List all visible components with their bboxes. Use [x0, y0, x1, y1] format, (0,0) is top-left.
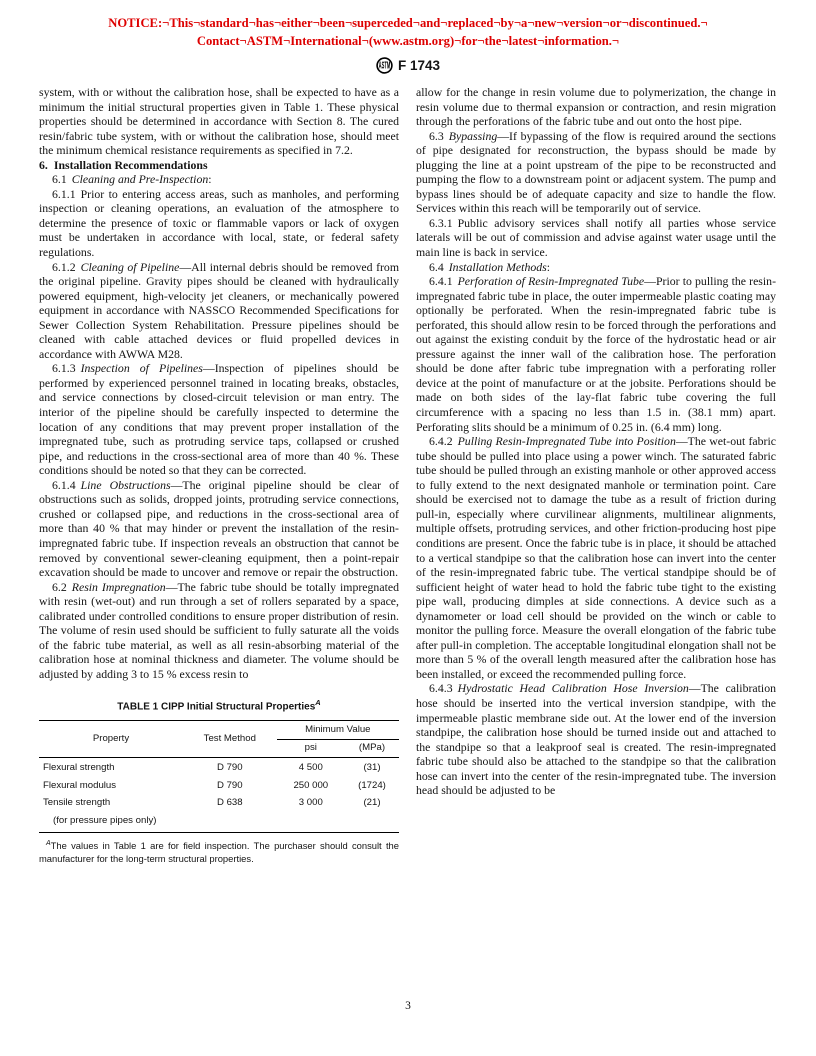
paragraph-6-4-2: 6.4.2Pulling Resin-Impregnated Tube into…	[416, 434, 776, 681]
document-header: ASTM F 1743	[0, 57, 816, 74]
right-column: allow for the change in resin volume due…	[416, 85, 776, 865]
paragraph-6-4-3: 6.4.3Hydrostatic Head Calibration Hose I…	[416, 681, 776, 797]
document-page: NOTICE:¬This¬standard¬has¬either¬been¬su…	[0, 0, 816, 1056]
notice-line-2: Contact¬ASTM¬International¬(www.astm.org…	[0, 33, 816, 51]
table-footnote: AThe values in Table 1 are for field ins…	[39, 838, 399, 865]
table-footnote-ref: A	[315, 698, 320, 707]
paragraph-6-4: 6.4Installation Methods:	[416, 260, 776, 275]
paragraph-6-1-2: 6.1.2Cleaning of Pipeline—All internal d…	[39, 260, 399, 362]
table-row: (for pressure pipes only)	[39, 813, 399, 833]
paragraph-6-4-1: 6.4.1Perforation of Resin-Impregnated Tu…	[416, 274, 776, 434]
col-header-property: Property	[39, 721, 183, 758]
paragraph-6-1-4: 6.1.4Line Obstructions—The original pipe…	[39, 478, 399, 580]
page-number: 3	[39, 1000, 777, 1012]
document-number: F 1743	[398, 58, 440, 73]
table-row: Flexural strength D 790 4 500 (31)	[39, 758, 399, 778]
table-title: TABLE 1 CIPP Initial Structural Properti…	[39, 696, 399, 715]
paragraph-continuation: system, with or without the calibration …	[39, 85, 399, 158]
table-1: Property Test Method Minimum Value psi (…	[39, 720, 399, 833]
section-number: 6.	[39, 158, 48, 172]
table-1-block: TABLE 1 CIPP Initial Structural Properti…	[39, 696, 399, 864]
col-header-psi: psi	[277, 739, 345, 758]
table-row: Flexural modulus D 790 250 000 (1724)	[39, 777, 399, 795]
table-row: Tensile strength D 638 3 000 (21)	[39, 795, 399, 813]
paragraph-6-1: 6.1Cleaning and Pre-Inspection:	[39, 172, 399, 187]
section-title: Installation Recommendations	[54, 158, 208, 172]
two-column-body: system, with or without the calibration …	[0, 85, 816, 865]
paragraph-6-3-1: 6.3.1Public advisory services shall noti…	[416, 216, 776, 260]
supersession-notice: NOTICE:¬This¬standard¬has¬either¬been¬su…	[0, 0, 816, 50]
notice-line-1: NOTICE:¬This¬standard¬has¬either¬been¬su…	[0, 15, 816, 33]
svg-text:ASTM: ASTM	[379, 59, 391, 71]
col-header-minimum-value: Minimum Value	[277, 721, 399, 740]
section-heading-6: 6.Installation Recommendations	[39, 158, 399, 173]
paragraph-6-2: 6.2Resin Impregnation—The fabric tube sh…	[39, 580, 399, 682]
astm-logo-icon: ASTM	[376, 57, 393, 74]
col-header-mpa: (MPa)	[345, 739, 399, 758]
paragraph-6-3: 6.3Bypassing—If bypassing of the flow is…	[416, 129, 776, 216]
left-column: system, with or without the calibration …	[39, 85, 399, 865]
paragraph-continuation-right: allow for the change in resin volume due…	[416, 85, 776, 129]
paragraph-6-1-1: 6.1.1Prior to entering access areas, suc…	[39, 187, 399, 260]
paragraph-6-1-3: 6.1.3Inspection of Pipelines—Inspection …	[39, 361, 399, 477]
col-header-test-method: Test Method	[183, 721, 277, 758]
